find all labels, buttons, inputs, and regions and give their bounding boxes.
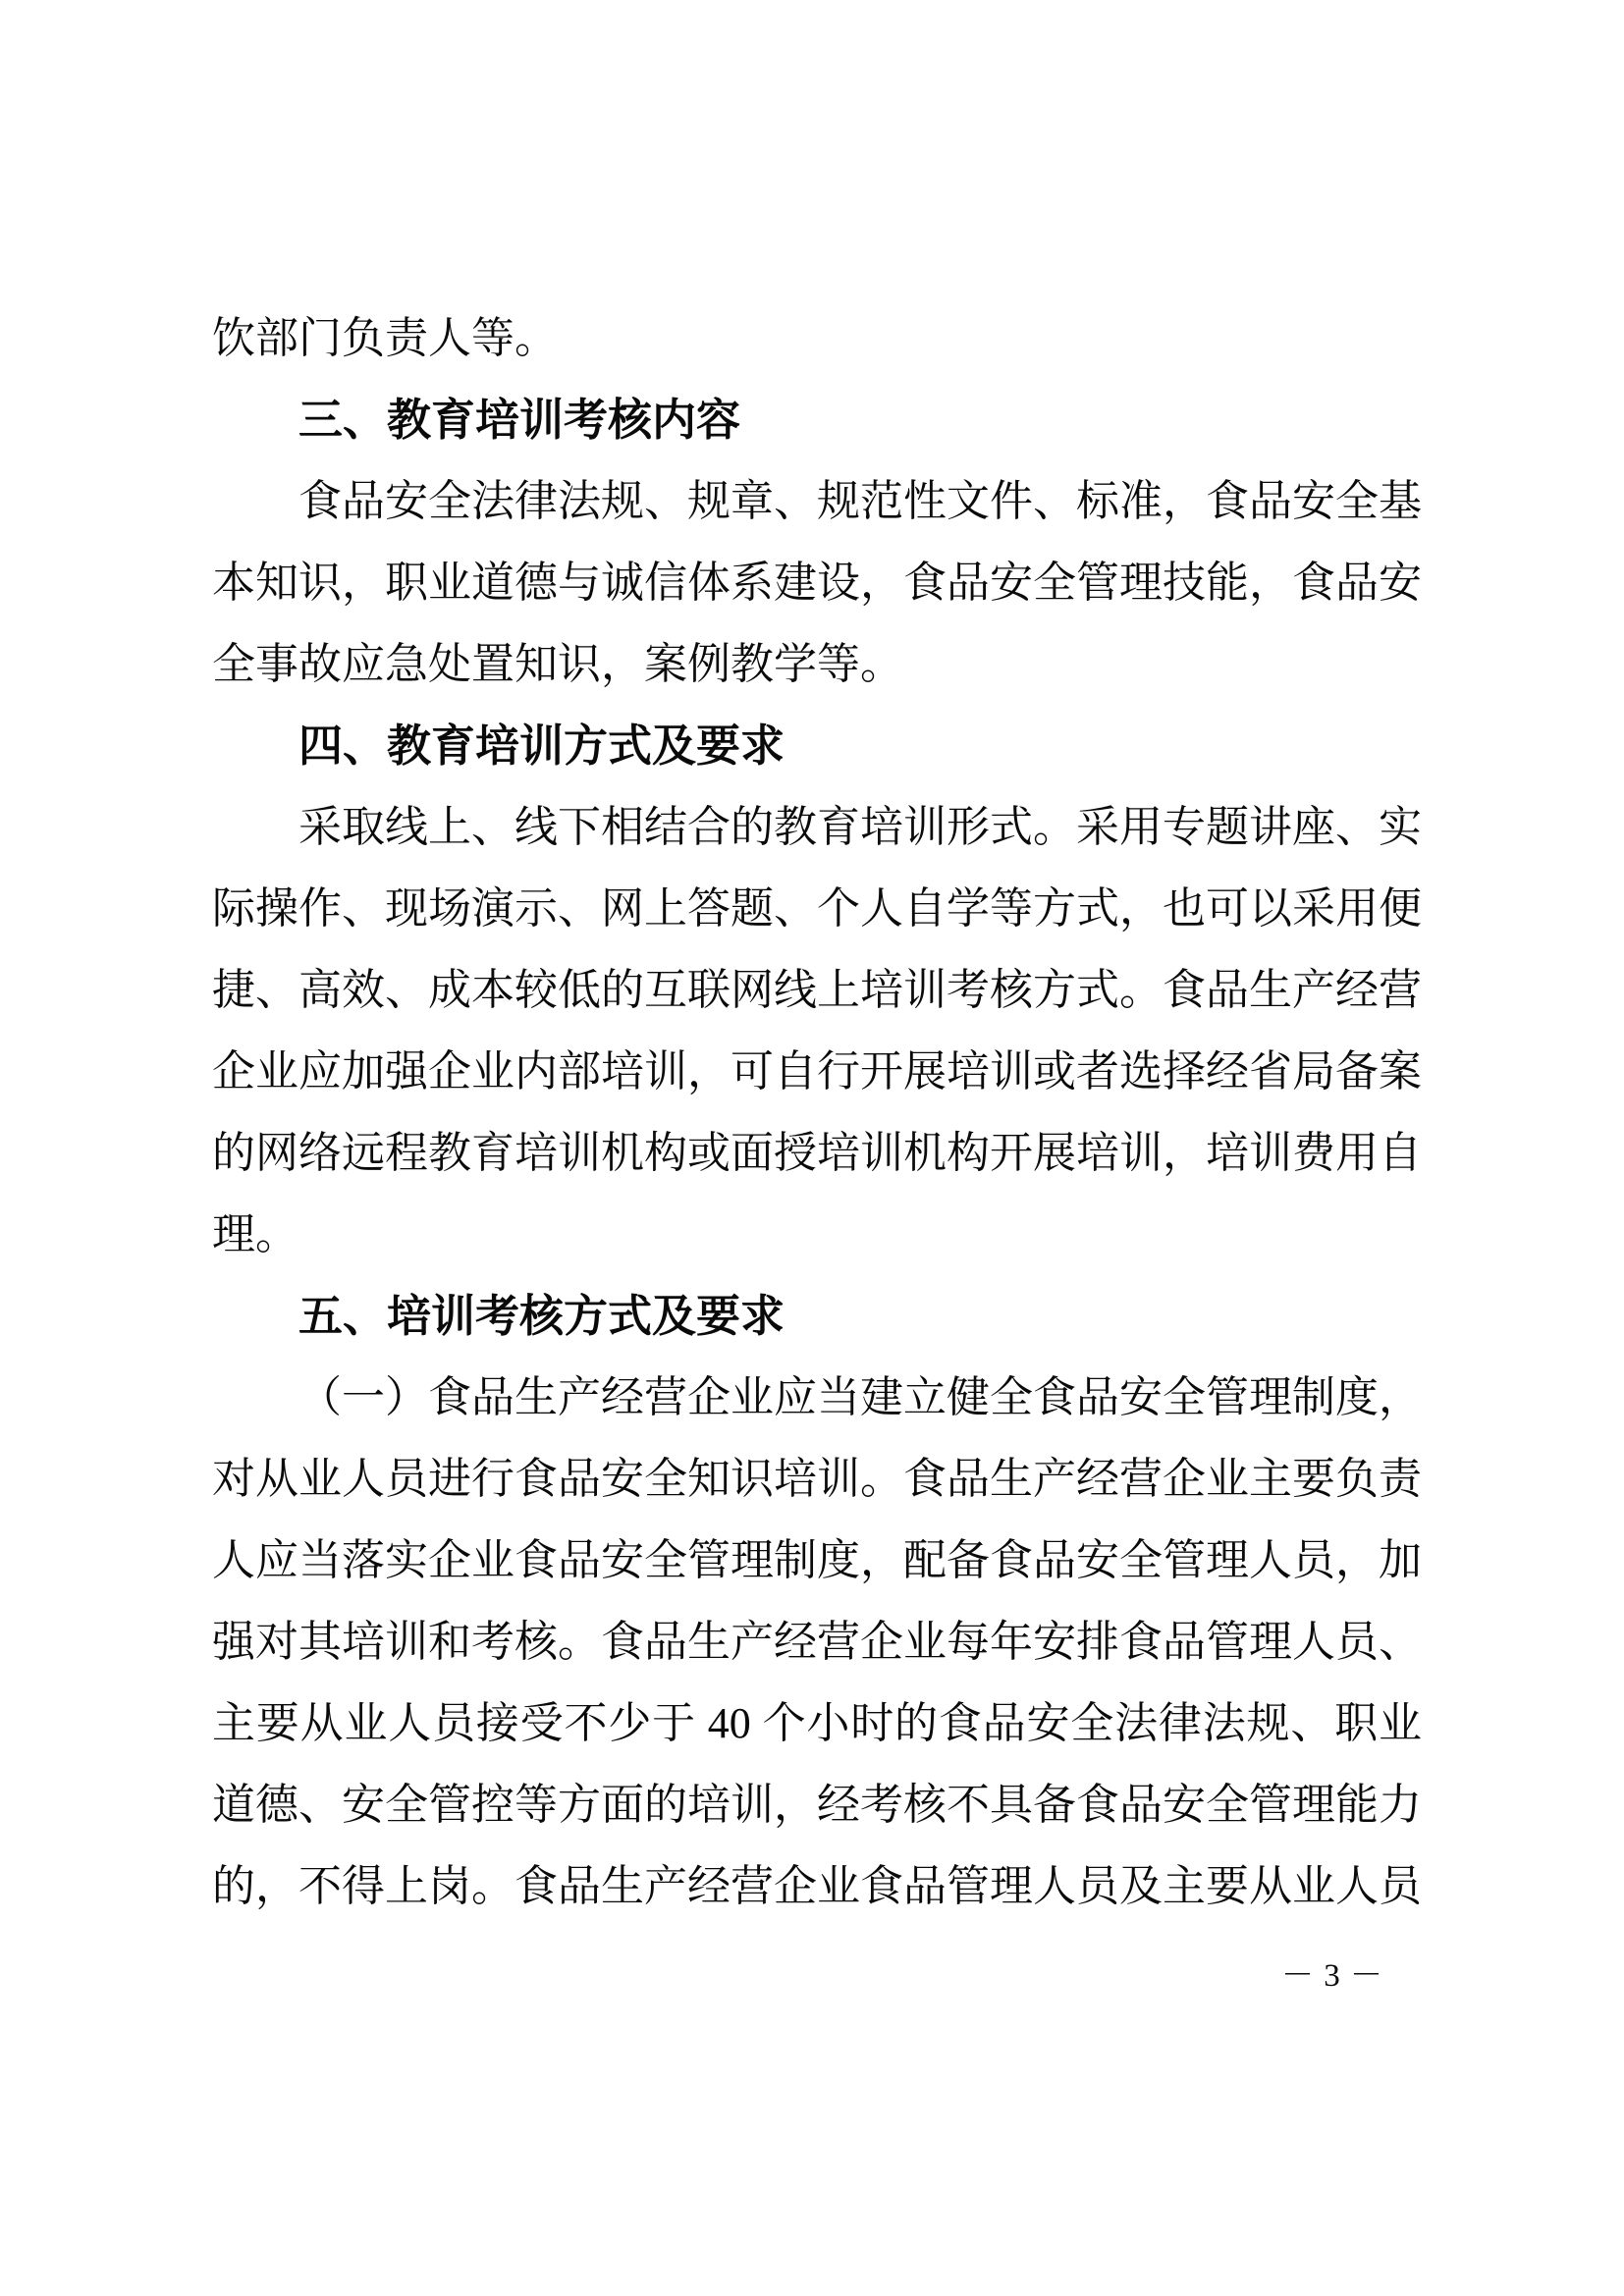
text-line: 际操作、现场演示、网上答题、个人自学等方式，也可以采用便 — [212, 868, 1422, 949]
text-line: （一）食品生产经营企业应当建立健全食品安全管理制度， — [212, 1357, 1422, 1438]
text-line: 的网络远程教育培训机构或面授培训机构开展培训，培训费用自 — [212, 1112, 1422, 1194]
text-line: 采取线上、线下相结合的教育培训形式。采用专题讲座、实 — [212, 786, 1422, 868]
section-heading: 五、培训考核方式及要求 — [212, 1275, 1422, 1357]
text-line: 捷、高效、成本较低的互联网线上培训考核方式。食品生产经营 — [212, 949, 1422, 1031]
section-heading: 三、教育培训考核内容 — [212, 379, 1422, 460]
text-line: 道德、安全管控等方面的培训，经考核不具备食品安全管理能力 — [212, 1764, 1422, 1845]
text-line: 强对其培训和考核。食品生产经营企业每年安排食品管理人员、 — [212, 1601, 1422, 1682]
page-body: 饮部门负责人等。三、教育培训考核内容食品安全法律法规、规章、规范性文件、标准，食… — [212, 297, 1422, 1927]
text-line: 理。 — [212, 1194, 1422, 1275]
text-line: 全事故应急处置知识，案例教学等。 — [212, 623, 1422, 705]
document-page: 饮部门负责人等。三、教育培训考核内容食品安全法律法规、规章、规范性文件、标准，食… — [0, 0, 1624, 2296]
text-line: 本知识，职业道德与诚信体系建设，食品安全管理技能，食品安 — [212, 542, 1422, 623]
text-line: 主要从业人员接受不少于 40 个小时的食品安全法律法规、职业 — [212, 1682, 1422, 1764]
text-line: 饮部门负责人等。 — [212, 297, 1422, 379]
text-line: 对从业人员进行食品安全知识培训。食品生产经营企业主要负责 — [212, 1438, 1422, 1520]
text-line: 食品安全法律法规、规章、规范性文件、标准，食品安全基 — [212, 460, 1422, 542]
text-line: 人应当落实企业食品安全管理制度，配备食品安全管理人员，加 — [212, 1520, 1422, 1601]
section-heading: 四、教育培训方式及要求 — [212, 705, 1422, 786]
page-number: － 3 － — [1281, 1956, 1383, 1996]
text-line: 的，不得上岗。食品生产经营企业食品管理人员及主要从业人员 — [212, 1845, 1422, 1927]
text-line: 企业应加强企业内部培训，可自行开展培训或者选择经省局备案 — [212, 1031, 1422, 1112]
